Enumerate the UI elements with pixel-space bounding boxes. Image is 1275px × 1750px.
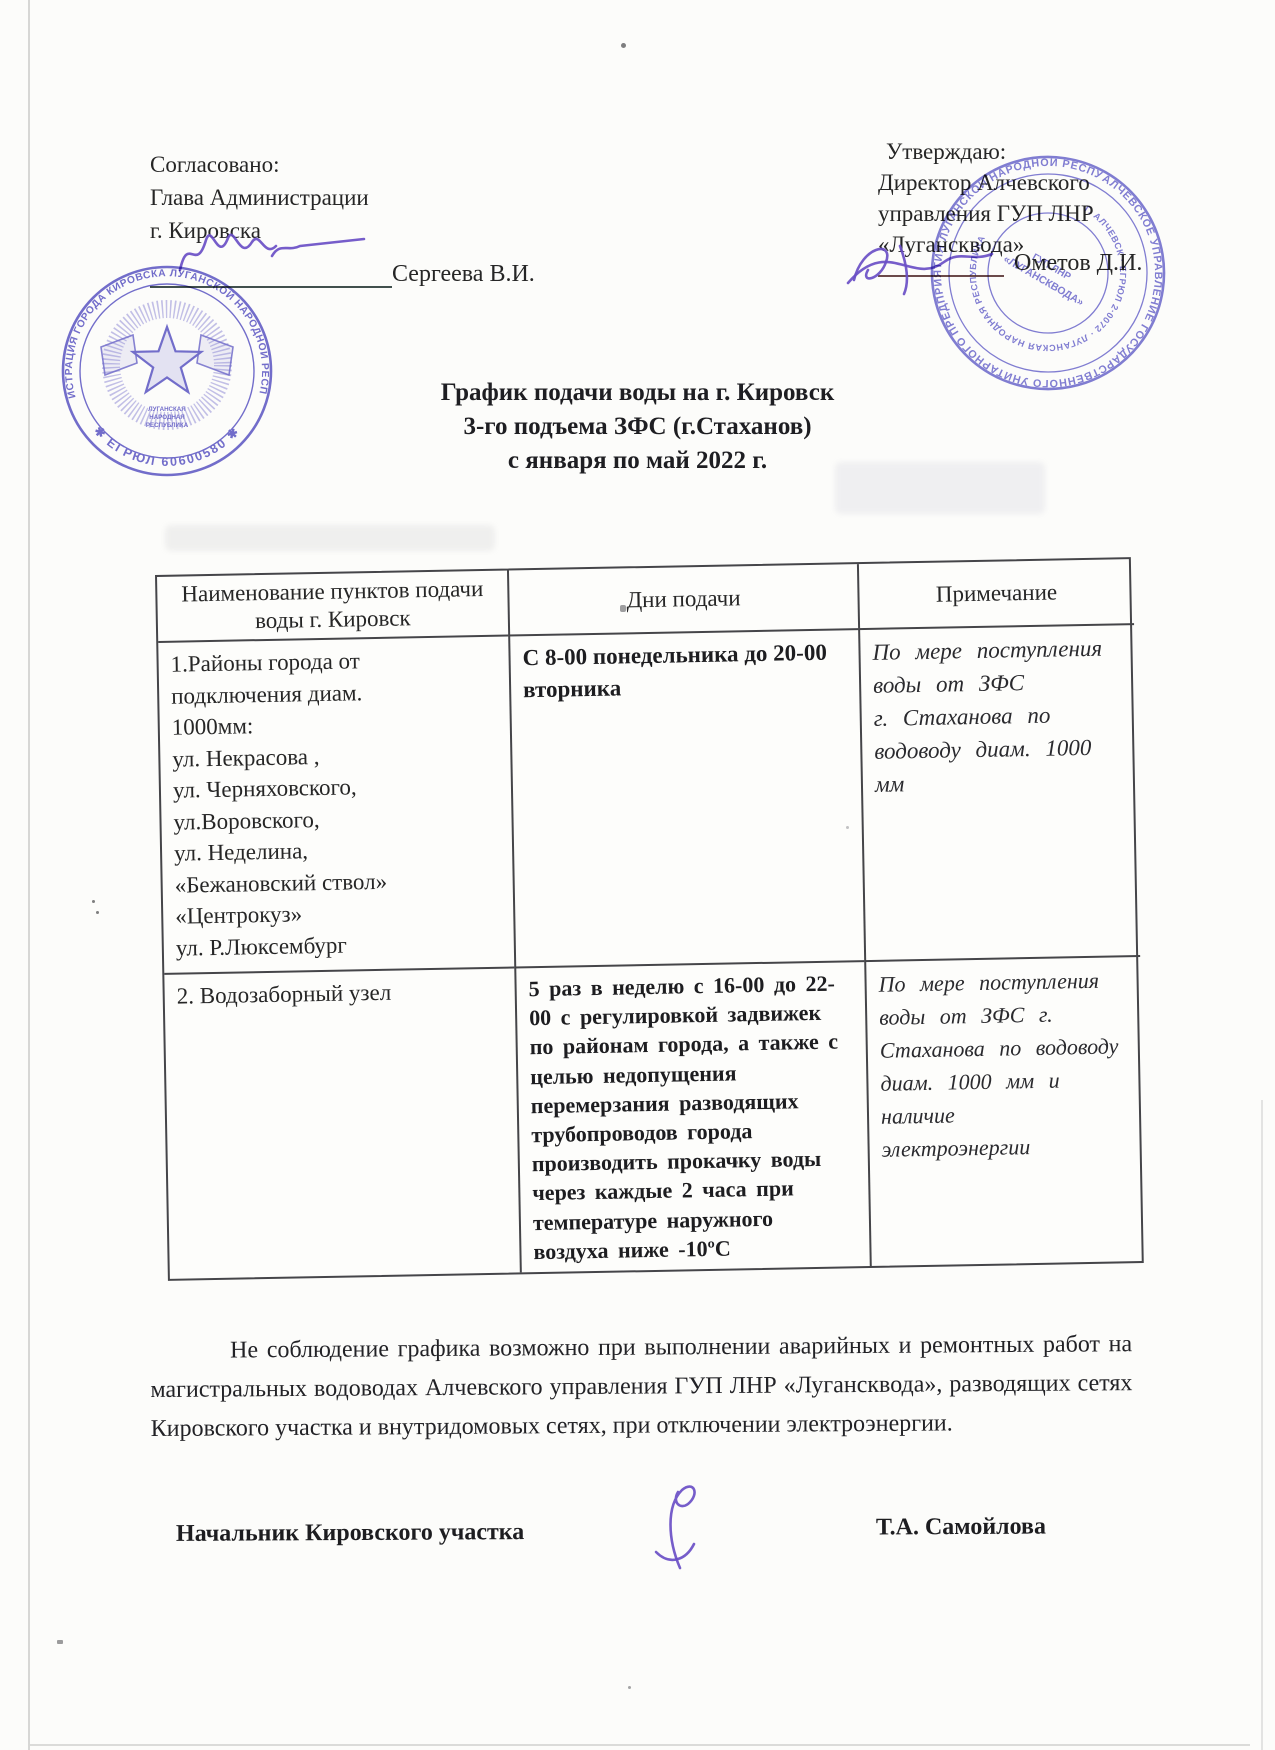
stamp-egrul-text: ✱ ЕГРЮЛ 60600580 ✱ <box>91 424 243 469</box>
table-cell-points-row2: 2. Водозаборный узел <box>164 966 520 1278</box>
column-header-days: Дни подачи <box>507 564 858 634</box>
agreed-role-line1: Глава Администрации <box>150 181 369 214</box>
scan-speck <box>57 1640 63 1644</box>
scan-speck <box>621 43 626 48</box>
signoff-name: Т.А. Самойлова <box>876 1514 1046 1542</box>
scan-speck <box>628 1686 631 1689</box>
stamp-center-line2: НАРОДНАЯ <box>149 414 185 421</box>
table-cell-days-row1: С 8-00 понедельника до 20-00 вторника <box>508 628 864 966</box>
scan-speck <box>92 900 95 903</box>
table-cell-note-row1: По мере поступления воды от ЗФС г. Стаха… <box>858 623 1140 960</box>
svg-text:✱ ЕГРЮЛ 60600580 ✱: ✱ ЕГРЮЛ 60600580 ✱ <box>91 424 243 469</box>
signoff-position: Начальник Кировского участка <box>176 1519 524 1548</box>
handwritten-signature <box>640 1478 715 1578</box>
stamp-center-line3: РЕСПУБЛИКА <box>146 422 189 429</box>
column-header-points: Наименование пунктов подачи воды г. Киро… <box>157 571 508 641</box>
administration-round-stamp: АДМИНИСТРАЦИЯ ГОРОДА КИРОВСКА ЛУГАНСКОЙ … <box>55 259 279 483</box>
scan-edge-right <box>1261 1100 1263 1750</box>
stamp-center-line1: ЛУГАНСКАЯ <box>148 406 186 413</box>
disclaimer-paragraph: Не соблюдение графика возможно при выпол… <box>150 1325 1133 1449</box>
water-schedule-table: Наименование пунктов подачи воды г. Киро… <box>155 557 1144 1281</box>
scanned-document-page: Согласовано: Глава Администрации г. Киро… <box>0 0 1275 1750</box>
table-cell-note-row2: По мере поступления воды от ЗФС г. Стаха… <box>864 955 1146 1266</box>
agreed-role-line2: г. Кировска <box>150 214 369 247</box>
scan-edge-bottom <box>30 1744 1250 1746</box>
table-cell-days-row2: 5 раз в неделю с 16-00 до 22- 00 с регул… <box>514 960 870 1272</box>
agreed-signer-name: Сергеева В.И. <box>392 261 535 287</box>
column-header-note: Примечание <box>857 559 1134 628</box>
table-cell-points-row1: 1.Районы города от подключения диам. 100… <box>158 635 514 973</box>
scan-smudge <box>165 525 495 551</box>
agreed-block: Согласовано: Глава Администрации г. Киро… <box>150 148 369 247</box>
scan-edge-left <box>28 0 30 1750</box>
agreed-label: Согласовано: <box>150 148 369 181</box>
scan-speck <box>96 911 99 914</box>
